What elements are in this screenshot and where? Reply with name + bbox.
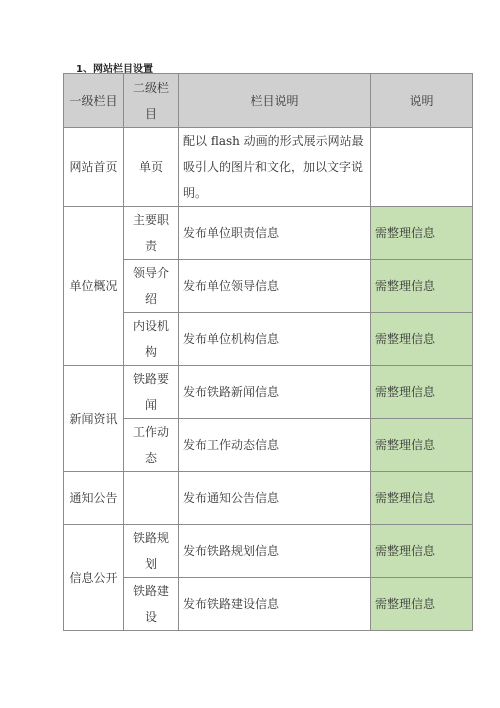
table-header-row: 一级栏目 二级栏目 栏目说明 说明 — [64, 74, 473, 128]
cell-level1: 单位概况 — [64, 207, 124, 366]
cell-note: 需整理信息 — [371, 419, 473, 472]
cell-level2: 领导介绍 — [124, 260, 179, 313]
cell-desc: 发布工作动态信息 — [179, 419, 371, 472]
header-level2: 二级栏目 — [124, 74, 179, 128]
cell-level2: 内设机构 — [124, 313, 179, 366]
cell-level1: 新闻资讯 — [64, 366, 124, 472]
cell-desc: 发布单位职责信息 — [179, 207, 371, 260]
cell-level2: 主要职责 — [124, 207, 179, 260]
table-row: 领导介绍 发布单位领导信息 需整理信息 — [64, 260, 473, 313]
cell-note: 需整理信息 — [371, 313, 473, 366]
cell-level1: 网站首页 — [64, 128, 124, 207]
table-row: 新闻资讯 铁路要闻 发布铁路新闻信息 需整理信息 — [64, 366, 473, 419]
header-note: 说明 — [371, 74, 473, 128]
cell-desc: 发布通知公告信息 — [179, 472, 371, 525]
cell-note — [371, 128, 473, 207]
cell-level2: 单页 — [124, 128, 179, 207]
table-row: 单位概况 主要职责 发布单位职责信息 需整理信息 — [64, 207, 473, 260]
cell-note: 需整理信息 — [371, 260, 473, 313]
table-row: 铁路建设 发布铁路建设信息 需整理信息 — [64, 578, 473, 631]
table-row: 信息公开 铁路规划 发布铁路规划信息 需整理信息 — [64, 525, 473, 578]
cell-level2: 铁路要闻 — [124, 366, 179, 419]
table-row: 通知公告 发布通知公告信息 需整理信息 — [64, 472, 473, 525]
cell-note: 需整理信息 — [371, 207, 473, 260]
cell-level2: 铁路规划 — [124, 525, 179, 578]
column-settings-table: 一级栏目 二级栏目 栏目说明 说明 网站首页 单页 配以 flash 动画的形式… — [63, 73, 473, 631]
cell-desc: 发布单位机构信息 — [179, 313, 371, 366]
cell-desc: 发布铁路建设信息 — [179, 578, 371, 631]
cell-note: 需整理信息 — [371, 578, 473, 631]
cell-level2: 铁路建设 — [124, 578, 179, 631]
cell-level2: 工作动态 — [124, 419, 179, 472]
cell-level2 — [124, 472, 179, 525]
cell-desc: 配以 flash 动画的形式展示网站最吸引人的图片和文化，加以文字说明。 — [179, 128, 371, 207]
cell-note: 需整理信息 — [371, 525, 473, 578]
cell-level1: 信息公开 — [64, 525, 124, 631]
cell-note: 需整理信息 — [371, 366, 473, 419]
cell-level1: 通知公告 — [64, 472, 124, 525]
cell-note: 需整理信息 — [371, 472, 473, 525]
cell-desc: 发布铁路新闻信息 — [179, 366, 371, 419]
header-level1: 一级栏目 — [64, 74, 124, 128]
table-row: 工作动态 发布工作动态信息 需整理信息 — [64, 419, 473, 472]
cell-desc: 发布铁路规划信息 — [179, 525, 371, 578]
table-row: 网站首页 单页 配以 flash 动画的形式展示网站最吸引人的图片和文化，加以文… — [64, 128, 473, 207]
header-desc: 栏目说明 — [179, 74, 371, 128]
cell-desc: 发布单位领导信息 — [179, 260, 371, 313]
table-row: 内设机构 发布单位机构信息 需整理信息 — [64, 313, 473, 366]
